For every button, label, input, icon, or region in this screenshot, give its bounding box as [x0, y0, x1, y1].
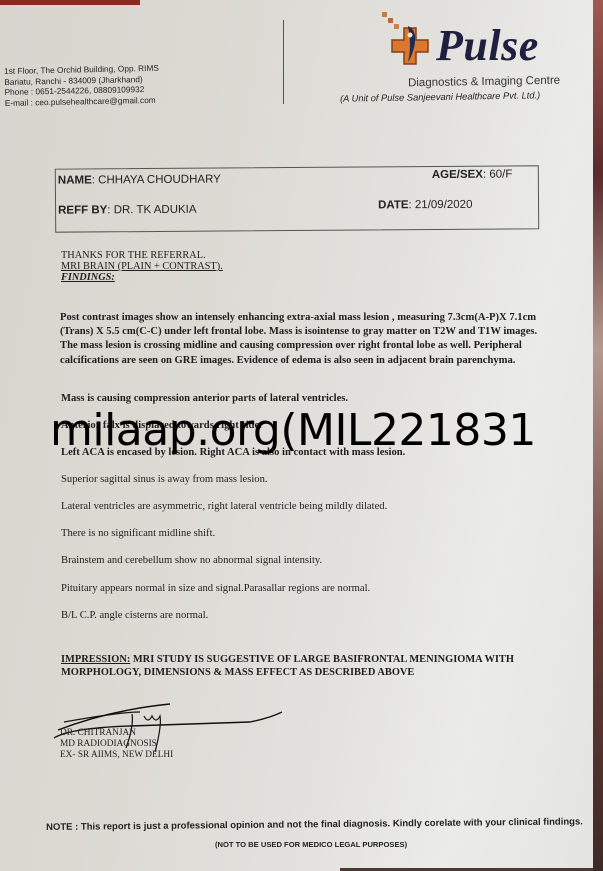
brand-name: Pulse	[436, 24, 539, 68]
signatory-name: DR. CHITRANJAN	[60, 728, 173, 739]
findings-heading: FINDINGS:	[61, 272, 115, 283]
signatory-block: DR. CHITRANJAN MD RADIODIAGNOSIS EX- SR …	[60, 728, 173, 761]
findings-paragraph: Post contrast images show an intensely e…	[60, 311, 540, 368]
report-page: 1st Floor, The Orchid Building, Opp. RIM…	[0, 0, 593, 871]
thanks-line: THANKS FOR THE REFERRAL.	[61, 250, 206, 261]
finding-line: There is no significant midline shift.	[61, 528, 215, 539]
study-title: MRI BRAIN (PLAIN + CONTRAST).	[61, 261, 223, 272]
finding-line: Pituitary appears normal in size and sig…	[61, 583, 370, 594]
clinic-address: 1st Floor, The Orchid Building, Opp. RIM…	[4, 63, 160, 108]
signatory-former: EX- SR AIIMS, NEW DELHI	[60, 750, 173, 761]
impression-label: IMPRESSION:	[61, 654, 130, 665]
finding-line: Superior sagittal sinus is away from mas…	[61, 474, 268, 485]
header-divider	[283, 20, 284, 104]
finding-line: Brainstem and cerebellum show no abnorma…	[61, 555, 322, 566]
clinic-logo: Pulse Diagnostics & Imaging Centre (A Un…	[380, 10, 580, 100]
finding-line: Lateral ventricles are asymmetric, right…	[61, 501, 387, 512]
footer-note: NOTE : This report is just a professiona…	[46, 816, 583, 833]
report-date: DATE: 21/09/2020	[378, 199, 472, 212]
background-strip	[0, 0, 140, 5]
referred-by: REFF BY: DR. TK ADUKIA	[58, 204, 197, 217]
patient-info-box: NAME: CHHAYA CHOUDHARY AGE/SEX: 60/F REF…	[55, 165, 539, 232]
finding-line: B/L C.P. angle cisterns are normal.	[61, 610, 208, 621]
patient-name: NAME: CHHAYA CHOUDHARY	[58, 174, 221, 187]
background-edge	[593, 0, 603, 871]
watermark-text: milaap.org(MIL221831	[50, 406, 536, 456]
footer-legal: (NOT TO BE USED FOR MEDICO LEGAL PURPOSE…	[215, 840, 407, 849]
medical-cross-icon	[380, 10, 440, 68]
brand-subtitle: Diagnostics & Imaging Centre	[408, 75, 560, 90]
signatory-degree: MD RADIODIAGNOSIS	[60, 739, 173, 750]
finding-line: Mass is causing compression anterior par…	[61, 393, 348, 404]
patient-age-sex: AGE/SEX: 60/F	[432, 168, 513, 181]
impression-section: IMPRESSION: MRI STUDY IS SUGGESTIVE OF L…	[61, 654, 561, 679]
brand-unit: (A Unit of Pulse Sanjeevani Healthcare P…	[340, 90, 540, 103]
